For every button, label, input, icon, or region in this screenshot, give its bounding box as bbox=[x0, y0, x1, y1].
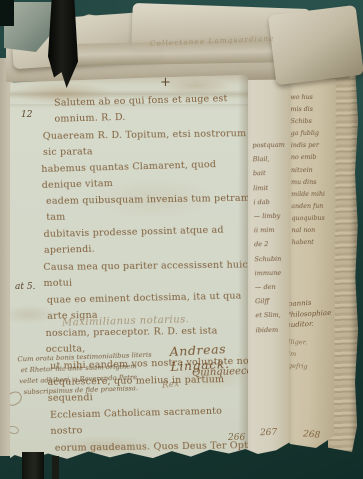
margin-line: habent bbox=[292, 237, 326, 249]
body-line: Causa mea quo pariter accessissent huic … bbox=[43, 258, 249, 293]
margin-line: anden fun bbox=[291, 201, 325, 213]
margin-line: Schibs bbox=[291, 116, 325, 128]
column-line: de 2 Schubin bbox=[254, 237, 290, 266]
margin-line: nal non bbox=[291, 225, 325, 237]
letter-body: Salutem ab eo qui fons et auge est omniu… bbox=[40, 92, 253, 473]
column-line: — den bbox=[255, 280, 291, 295]
column-line: i dab bbox=[253, 195, 289, 210]
side-note-line: auditor. bbox=[286, 318, 332, 331]
column-line: postquam bbox=[252, 138, 288, 153]
column-line: ii mim bbox=[254, 223, 290, 238]
column-line: immune bbox=[254, 266, 290, 281]
side-note: Joannis Philosophiae auditor. bbox=[285, 297, 332, 331]
manuscript-photo: wo hus mis dis Schibs ga fublig indis pe… bbox=[0, 0, 363, 479]
manuscript-page-266: + 12 Salutem ab eo qui fons et auge est … bbox=[10, 74, 248, 462]
margin-line: milde mihi bbox=[291, 189, 325, 201]
attestation-note: Cum orata bonis testimonialibus literis … bbox=[17, 350, 153, 399]
column-line: et Slim, bbox=[255, 308, 291, 323]
under-leaf-268: wo hus mis dis Schibs ga fublig indis pe… bbox=[286, 48, 336, 448]
column-line: ibidem bbox=[255, 322, 291, 337]
marginal-column-268: wo hus mis dis Schibs ga fublig indis pe… bbox=[290, 92, 325, 250]
margin-line: nitzein bbox=[291, 164, 325, 176]
body-line: Salutem ab eo qui fons et auge est omniu… bbox=[54, 90, 261, 128]
margin-line: mis dis bbox=[290, 104, 324, 116]
paper-fold bbox=[268, 5, 363, 85]
folio-number-268: 268 bbox=[303, 429, 321, 440]
column-line: bait bbox=[253, 166, 289, 181]
bottom-clasp bbox=[52, 456, 59, 479]
bottom-clasp bbox=[22, 452, 44, 479]
shadow-corner bbox=[0, 0, 14, 26]
signature-paraph: Rex bbox=[162, 379, 180, 391]
margin-line: mu dins bbox=[291, 177, 325, 189]
body-line: Ecclesiam Catholicam sacramento nostro bbox=[50, 403, 257, 441]
column-line: — limby bbox=[254, 209, 290, 224]
marginal-column-267: postquam Blail, bait limit i dab — limby… bbox=[252, 138, 291, 337]
marginal-note: at 5. bbox=[15, 282, 35, 292]
margin-line: ga fublig bbox=[291, 128, 325, 140]
margin-line: quoquibus bbox=[291, 213, 325, 225]
column-line: Blail, bbox=[253, 152, 289, 167]
column-line: Gilff bbox=[255, 294, 291, 309]
column-line: limit bbox=[253, 180, 289, 195]
margin-line: wo hus bbox=[290, 92, 324, 104]
marginal-number: 12 bbox=[21, 110, 32, 120]
under-leaf-267: postquam Blail, bait limit i dab — limby… bbox=[244, 76, 290, 454]
folio-number-267: 267 bbox=[260, 428, 278, 439]
body-line: dubitavis prodesse possint atque ad aper… bbox=[43, 222, 250, 260]
margin-line: no emib bbox=[291, 152, 325, 164]
body-line: habemus quantas Clamarent, quod denique … bbox=[41, 156, 248, 195]
margin-line: indis per bbox=[291, 140, 325, 152]
folio-number-266: 266 bbox=[228, 433, 245, 443]
